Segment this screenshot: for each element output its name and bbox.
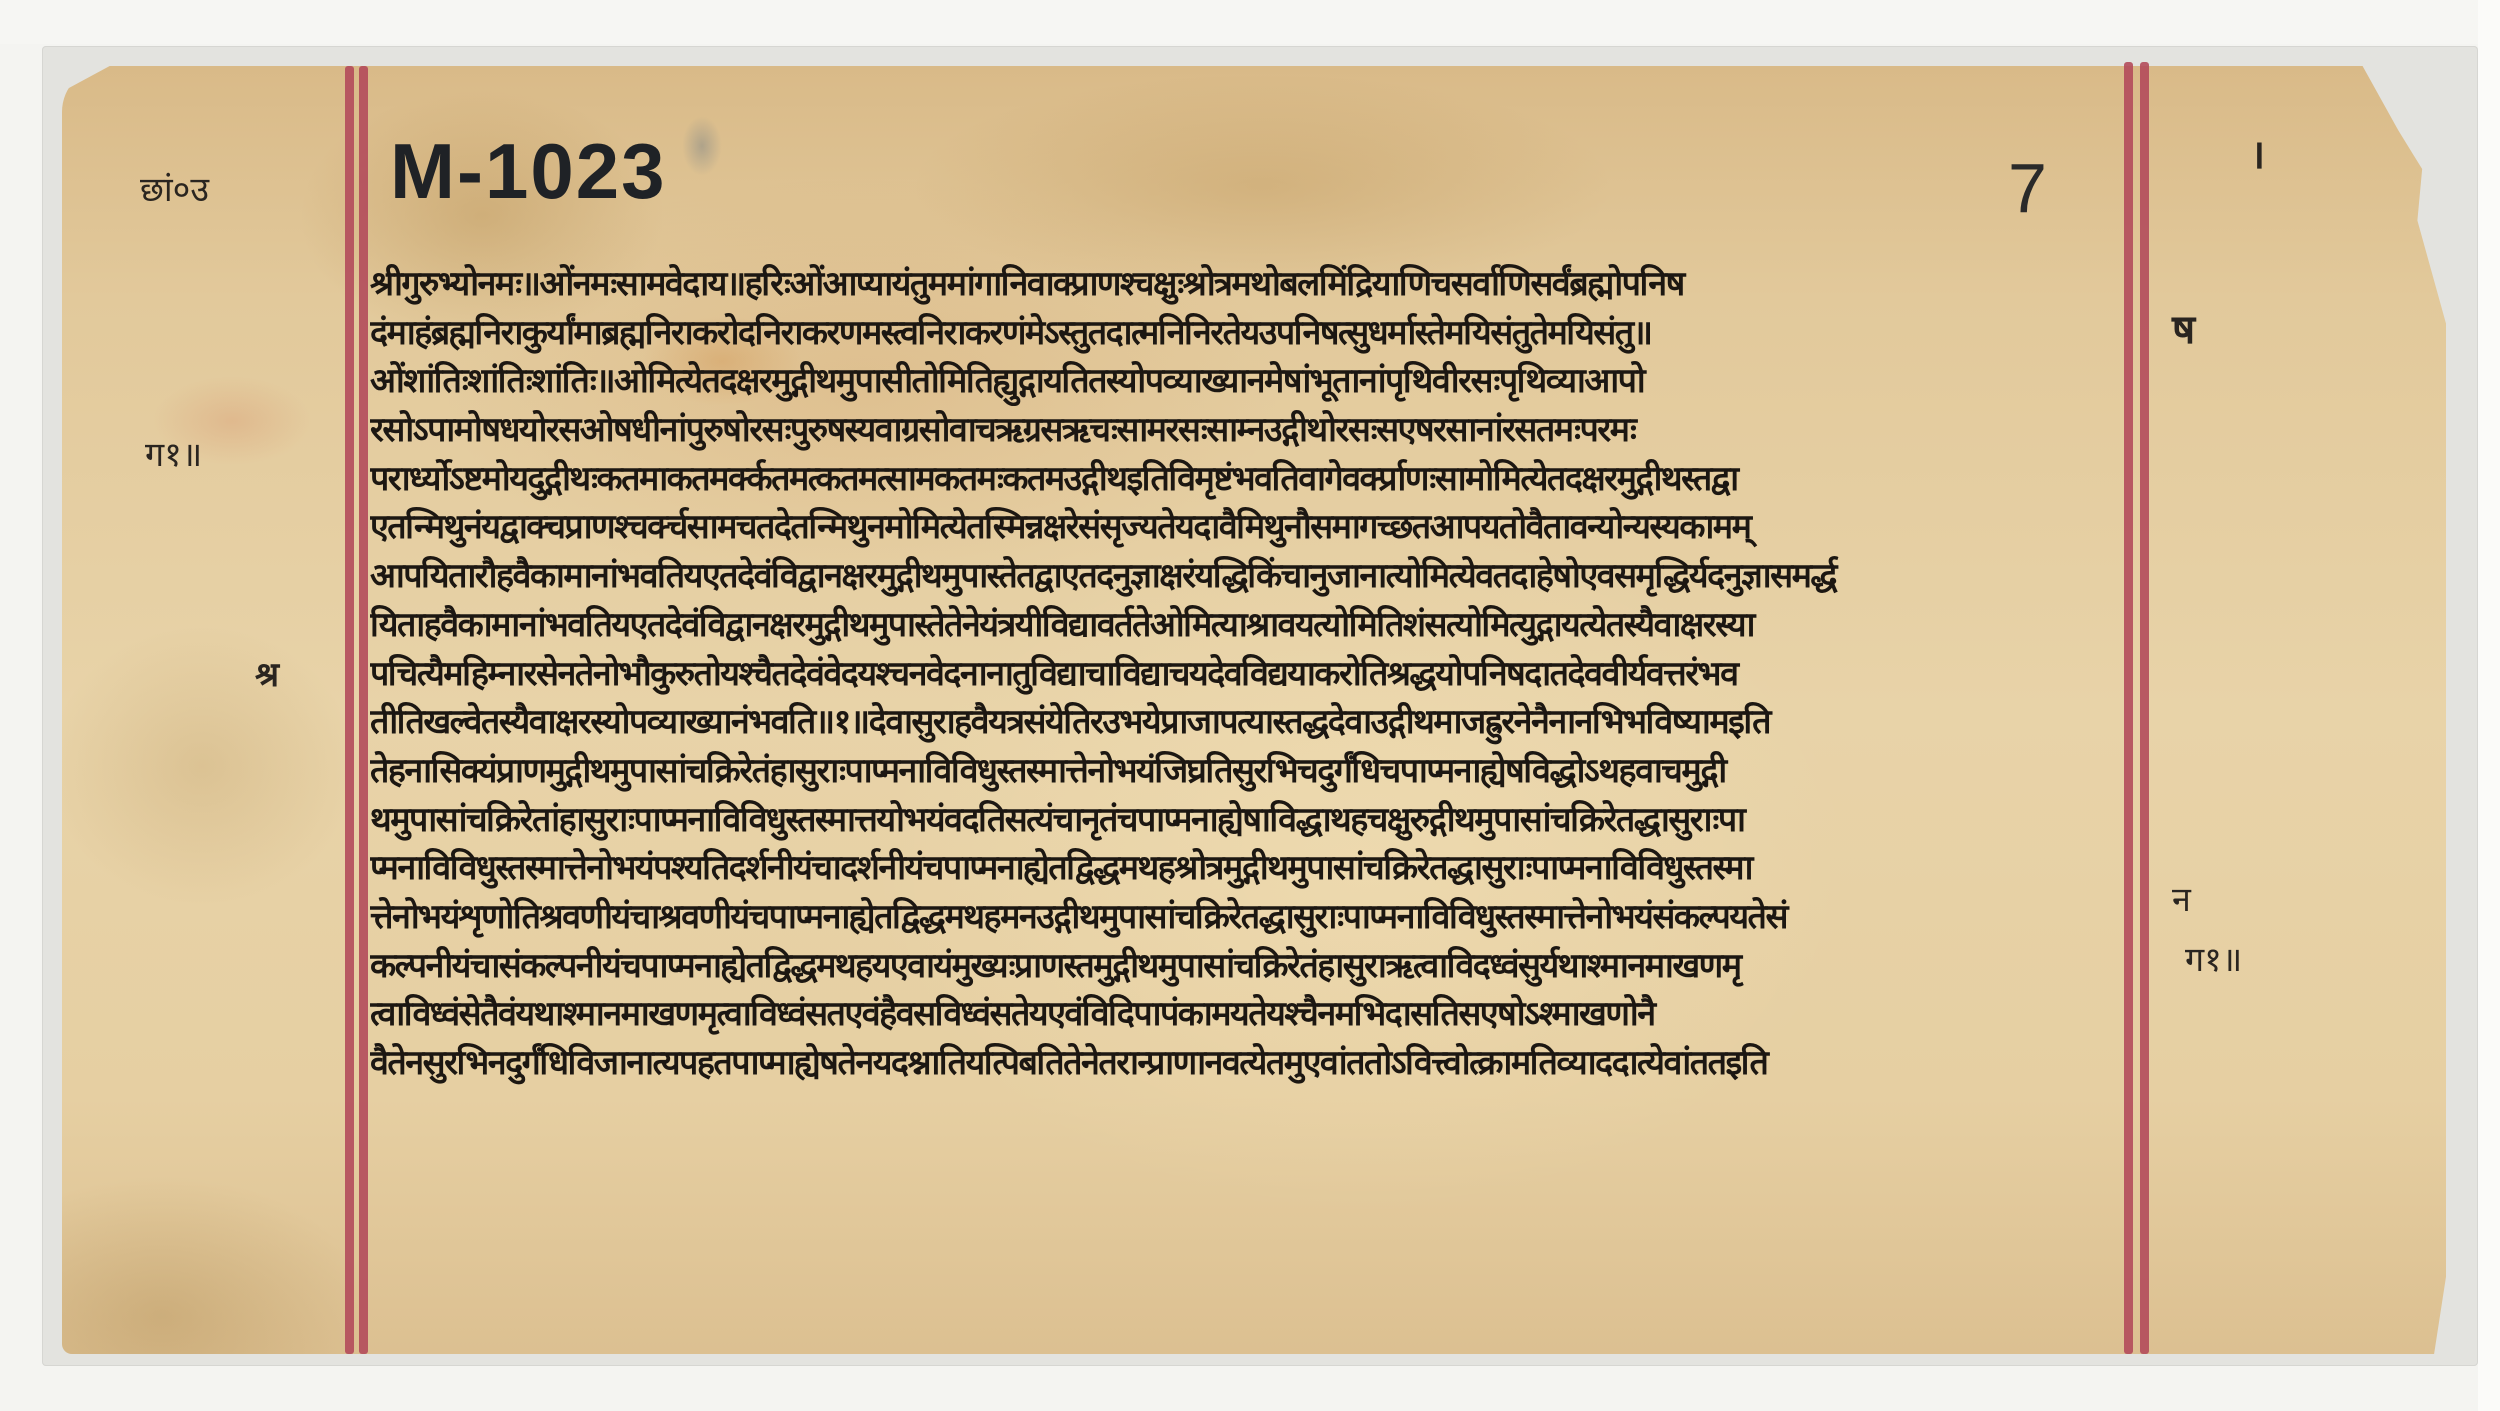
text-line-12: थमुपासांचक्रिरेतांहासुराःपाप्मनाविविधुस्…: [370, 796, 2125, 845]
right-margin-lower-note: न: [2172, 875, 2191, 921]
left-margin-rule-inner: [359, 66, 368, 1354]
text-line-9: पचित्यैमहिम्नारसेनतेनोभौकुरुतोयश्चैतदेवं…: [370, 650, 2125, 699]
right-margin-upper-note: ष: [2172, 300, 2195, 355]
manuscript-text-block: श्रीगुरुभ्योनमः॥ओंनमःसामवेदाय॥हरिःओंआप्य…: [370, 260, 2125, 1088]
text-line-10: तीतिखल्वेतस्यैवाक्षरस्योपव्याख्यानंभवति॥…: [370, 698, 2125, 747]
text-line-11: तेहनासिक्यंप्राणमुद्गीथमुपासांचक्रिरेतंह…: [370, 747, 2125, 796]
text-line-16: त्वाविध्वंसेतैवंयथाश्मानमाखणमृत्वाविध्वं…: [370, 990, 2125, 1039]
text-line-14: त्तेनोभयंशृणोतिश्रवणीयंचाश्रवणीयंचपाप्मन…: [370, 893, 2125, 942]
text-line-7: आपयितारौहवैकामानांभवतियएतदेवंविद्वानक्षर…: [370, 552, 2125, 601]
text-line-1: श्रीगुरुभ्योनमः॥ओंनमःसामवेदाय॥हरिःओंआप्य…: [370, 260, 2125, 309]
text-line-4: रसोऽपामोषधयोरसओषधीनांपुरुषोरसःपुरुषस्यवा…: [370, 406, 2125, 455]
left-margin-folio-note: ग१॥: [145, 430, 202, 476]
shelfmark-label: M-1023: [390, 126, 666, 217]
right-margin-rule-outer: [2140, 62, 2149, 1354]
scan-background-top: [0, 0, 2500, 44]
text-line-13: प्मनाविविधुस्तस्मात्तेनोभयंपश्यतिदर्शनीय…: [370, 844, 2125, 893]
text-line-6: एतन्मिथुनंयद्वाक्चप्राणश्चर्क्चसामचतदेतन…: [370, 503, 2125, 552]
ink-smudge-blue: [682, 116, 722, 176]
right-margin-tick: ।: [2250, 125, 2265, 180]
text-line-8: यिताहवैकामानांभवतियएतदेवंविद्वानक्षरमुद्…: [370, 601, 2125, 650]
text-line-5: परार्ध्योऽष्टमोयदुद्गीथःकतमाकतमर्क्कतमत्…: [370, 455, 2125, 504]
text-line-15: कल्पनीयंचासंकल्पनीयंचपाप्मनाह्येतद्विद्ध…: [370, 942, 2125, 991]
text-line-2: दंमाहंब्रह्मनिराकुर्यांमाब्रह्मनिराकरोदन…: [370, 309, 2125, 358]
left-margin-rule-outer: [345, 66, 354, 1354]
left-margin-lower-note: श्र: [255, 650, 279, 696]
text-line-17: वैतेनसुरभिनदुर्गंधिविजानात्यपहतपाप्माह्य…: [370, 1039, 2125, 1088]
right-margin-folio-note: ग१॥: [2185, 935, 2242, 981]
text-line-3: ओंशांतिःशांतिःशांतिः॥ओमित्येतदक्षरमुद्गी…: [370, 357, 2125, 406]
scan-background-right: [2478, 0, 2500, 1411]
right-margin-rule-inner: [2124, 62, 2133, 1354]
folio-number: 7: [2008, 148, 2047, 228]
left-margin-title-abbrev: छां०उ: [140, 165, 209, 211]
